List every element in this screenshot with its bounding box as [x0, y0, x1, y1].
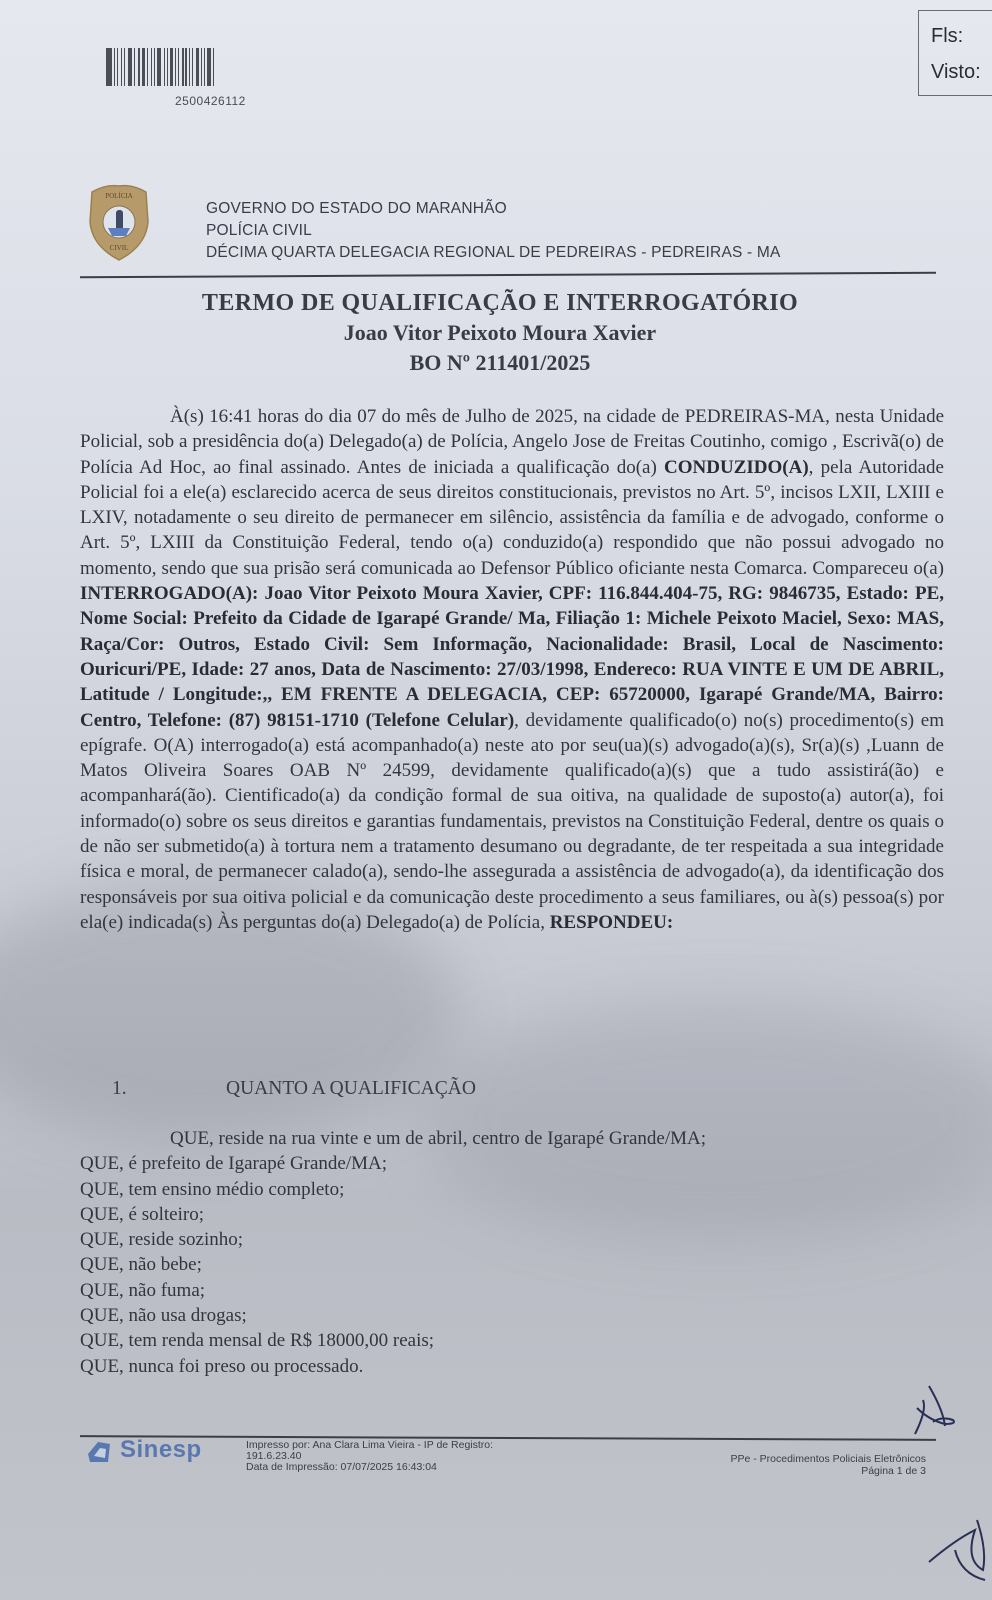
- svg-text:CIVIL: CIVIL: [110, 244, 129, 252]
- document-title: TERMO DE QUALIFICAÇÃO E INTERROGATÓRIO: [80, 288, 920, 318]
- document-body: À(s) 16:41 horas do dia 07 do mês de Jul…: [80, 404, 944, 935]
- signature-icon: [925, 1500, 992, 1590]
- section-number: 1.: [112, 1078, 226, 1100]
- fls-label: Fls:: [931, 25, 963, 48]
- answer-item: QUE, reside sozinho;: [80, 1227, 940, 1252]
- answers-list: QUE, reside na rua vinte e um de abril, …: [80, 1126, 940, 1379]
- visto-label: Visto:: [931, 61, 981, 84]
- answer-item: QUE, não bebe;: [80, 1252, 940, 1277]
- sinesp-logo-text: Sinesp: [120, 1436, 202, 1464]
- answer-item: QUE, não usa drogas;: [80, 1303, 940, 1328]
- stamp-box: Fls: Visto:: [918, 10, 992, 96]
- body-rights-detail: , devidamente qualificado(o) no(s) proce…: [80, 710, 944, 933]
- respondeu-label: RESPONDEU:: [550, 912, 674, 933]
- section-heading: 1.QUANTO A QUALIFICAÇÃO: [112, 1078, 476, 1100]
- bo-number: BO Nº 211401/2025: [80, 348, 920, 378]
- page-indicator: Página 1 de 3: [730, 1465, 926, 1477]
- answer-item: QUE, não fuma;: [80, 1278, 940, 1303]
- answer-item: QUE, tem renda mensal de R$ 18000,00 rea…: [80, 1328, 940, 1353]
- org-government: GOVERNO DO ESTADO DO MARANHÃO: [206, 198, 781, 220]
- policia-civil-badge-icon: POLÍCIA CIVIL: [86, 182, 152, 262]
- answer-item: QUE, tem ensino médio completo;: [80, 1177, 940, 1202]
- org-delegacia: DÉCIMA QUARTA DELEGACIA REGIONAL DE PEDR…: [206, 242, 781, 264]
- document-title-block: TERMO DE QUALIFICAÇÃO E INTERROGATÓRIO J…: [80, 288, 920, 378]
- barcode: [106, 48, 340, 86]
- interrogado-qualification: INTERROGADO(A): Joao Vitor Peixoto Moura…: [80, 583, 944, 730]
- system-info: PPe - Procedimentos Policiais Eletrônico…: [730, 1453, 926, 1477]
- svg-text:POLÍCIA: POLÍCIA: [105, 192, 133, 200]
- answer-item: QUE, é prefeito de Igarapé Grande/MA;: [80, 1151, 940, 1176]
- org-police: POLÍCIA CIVIL: [206, 220, 781, 242]
- header-divider: [80, 272, 936, 278]
- print-info: Impresso por: Ana Clara Lima Vieira - IP…: [246, 1440, 493, 1473]
- answer-item: QUE, nunca foi preso ou processado.: [80, 1354, 940, 1379]
- print-date: Data de Impressão: 07/07/2025 16:43:04: [246, 1462, 493, 1473]
- barcode-number: 2500426112: [175, 94, 246, 108]
- sinesp-mark-icon: [84, 1438, 112, 1466]
- sinesp-logo: Sinesp: [84, 1434, 214, 1470]
- section-title: QUANTO A QUALIFICAÇÃO: [226, 1078, 476, 1099]
- answer-item: QUE, é solteiro;: [80, 1202, 940, 1227]
- conduzido-label: CONDUZIDO(A): [664, 457, 809, 478]
- system-name: PPe - Procedimentos Policiais Eletrônico…: [730, 1453, 926, 1465]
- answer-item: QUE, reside na rua vinte e um de abril, …: [80, 1126, 940, 1151]
- interrogated-name: Joao Vitor Peixoto Moura Xavier: [80, 318, 920, 348]
- organization-header: GOVERNO DO ESTADO DO MARANHÃO POLÍCIA CI…: [206, 198, 781, 264]
